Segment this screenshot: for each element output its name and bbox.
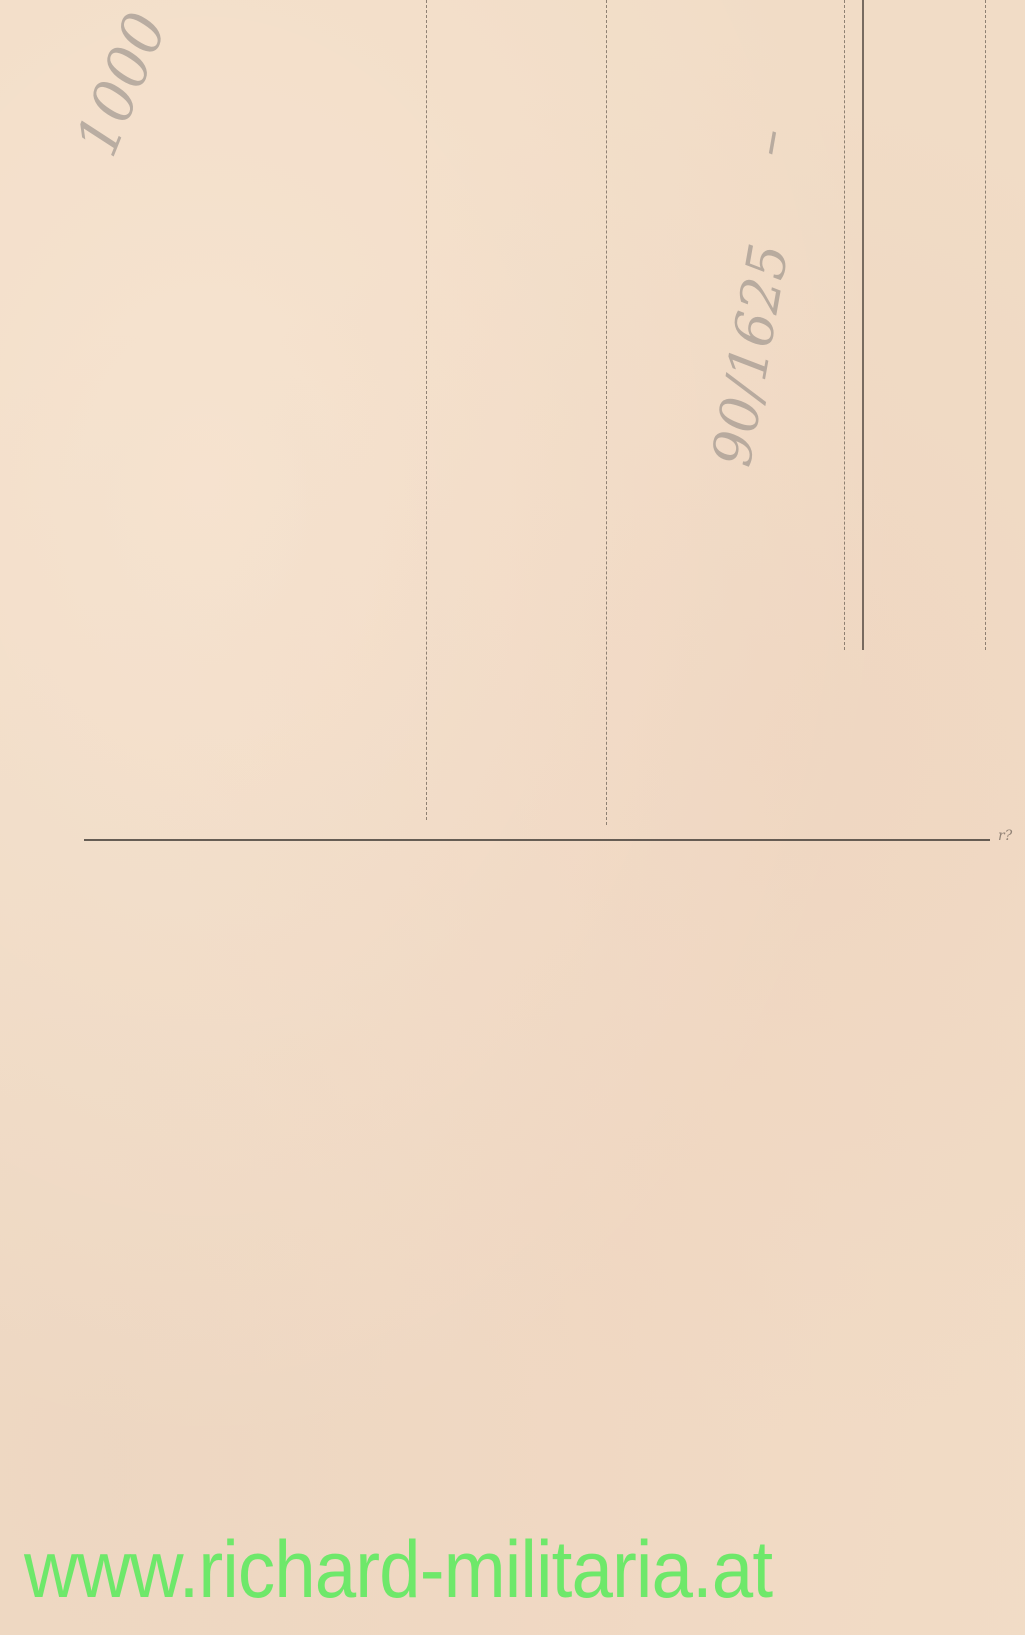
pencil-note-rotated: 90/1625 [700, 239, 801, 471]
postcard-back: r? 1000 90/1625 – www.richard-militaria.… [0, 0, 1025, 1635]
divider-line-2 [606, 0, 607, 825]
stamp-box-left-solid [862, 0, 864, 650]
watermark-url: www.richard-militaria.at [24, 1530, 772, 1611]
divider-line-1 [426, 0, 427, 820]
pencil-note-dash: – [735, 123, 802, 161]
corner-mark: r? [998, 828, 1012, 844]
pencil-note-top-left: 1000 [62, 3, 180, 165]
horizontal-divider [84, 839, 990, 841]
stamp-box-left-dotted [844, 0, 845, 650]
stamp-box-right-dotted [985, 0, 986, 650]
